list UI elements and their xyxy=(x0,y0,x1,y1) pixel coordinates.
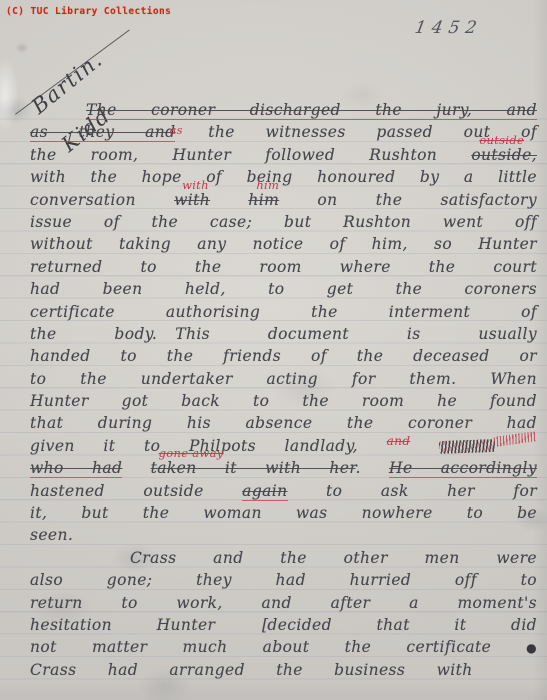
manuscript-line: handed to the friends of the deceased or xyxy=(30,345,537,367)
manuscript-line: issue of the case; but Rushton went off xyxy=(30,211,537,233)
text: also gone; they had hurried off to xyxy=(30,571,537,589)
text: the body. xyxy=(30,325,157,343)
manuscript-page: (C) TUC Library Collections 1452 Bartin.… xyxy=(0,0,547,700)
red-insertion: with xyxy=(182,180,209,192)
struck-text: as they and xyxy=(30,123,175,142)
text: hastened outside xyxy=(30,482,204,500)
correction-group: outsideoutside, xyxy=(471,146,537,164)
manuscript-line: The coroner discharged the jury, and xyxy=(30,99,537,121)
manuscript-line: to the undertaker acting for them. When xyxy=(30,368,537,390)
text: handed to the friends of the deceased or xyxy=(30,347,537,365)
manuscript-line: return to work, and after a moment's xyxy=(30,592,537,614)
manuscript-line: the room, Hunter followed Rushton outsid… xyxy=(30,144,537,166)
correction-group: himhim xyxy=(248,191,279,209)
copyright-watermark: (C) TUC Library Collections xyxy=(6,7,171,17)
struck-text: The coroner discharged the jury, and xyxy=(86,101,537,120)
manuscript-line: also gone; they had hurried off to xyxy=(30,569,537,591)
text: that during his absence the coroner had xyxy=(30,414,537,432)
manuscript-line: it, but the woman was nowhere to be xyxy=(30,502,537,524)
ink-blot: ● xyxy=(496,641,537,655)
manuscript-line: Crass and the other men were xyxy=(30,547,537,569)
struck-text: him xyxy=(248,191,279,209)
struck-text: with xyxy=(174,191,210,209)
text: . xyxy=(355,459,360,477)
text: seen. xyxy=(30,526,73,544)
manuscript-line: who had gone awaytaken it with her. He a… xyxy=(30,457,537,479)
red-insertion: gone away xyxy=(159,448,224,460)
text: on the satisfactory xyxy=(317,191,537,209)
manuscript-line: as they andas the witnesses passed out o… xyxy=(30,121,537,143)
text: the room, Hunter followed Rushton xyxy=(30,146,437,164)
correction-group: gone awaytaken it with her xyxy=(151,459,356,477)
text: issue of the case; but Rushton went off xyxy=(30,213,537,231)
manuscript-line: the body.This document is usually xyxy=(30,323,537,345)
text: Hunter got back to the room he found xyxy=(30,392,537,410)
manuscript-line: Hunter got back to the room he found xyxy=(30,390,537,412)
text: This document is usually xyxy=(175,325,537,343)
text: returned to the room where the court xyxy=(30,258,537,276)
struck-text: who had xyxy=(30,459,122,478)
red-struck-text: and xyxy=(387,434,411,448)
manuscript-line: conversation withwith himhim on the sati… xyxy=(30,189,537,211)
text: it, but the woman was nowhere to be xyxy=(30,504,537,522)
manuscript-line: hesitation Hunter [decided that it did xyxy=(30,614,537,636)
struck-text: He accordingly xyxy=(389,459,537,478)
manuscript-line: returned to the room where the court xyxy=(30,256,537,278)
text: Crass and the other men were xyxy=(130,549,537,567)
struck-text: taken it with her xyxy=(151,459,356,477)
text: Crass had arranged the business with xyxy=(30,661,473,679)
text: conversation xyxy=(30,191,136,209)
struck-text: again xyxy=(242,482,287,501)
manuscript-line: given it to Philpots landlady, and xyxy=(30,435,537,457)
struck-text: outside, xyxy=(471,146,537,164)
manuscript-line: seen. xyxy=(30,524,537,546)
manuscript-line: Crass had arranged the business with xyxy=(30,659,537,681)
text: to ask her for xyxy=(326,482,537,500)
manuscript-line: not matter much about the certificate● xyxy=(30,636,537,658)
text: not matter much about the certificate xyxy=(30,638,491,656)
ink-scribble xyxy=(439,439,495,454)
correction-group: withwith xyxy=(174,191,210,209)
manuscript-line: had been held, to get the coroners xyxy=(30,278,537,300)
text: certificate authorising the interment of xyxy=(30,303,537,321)
page-number: 1452 xyxy=(413,18,484,38)
manuscript-text: The coroner discharged the jury, and as … xyxy=(30,99,537,681)
manuscript-line: certificate authorising the interment of xyxy=(30,301,537,323)
manuscript-line: that during his absence the coroner had xyxy=(30,412,537,434)
text: return to work, and after a moment's xyxy=(30,594,537,612)
red-insertion: outside xyxy=(479,135,524,147)
text: to the undertaker acting for them. When xyxy=(30,370,537,388)
text: decided that it did xyxy=(267,616,537,634)
red-insertion: him xyxy=(256,180,279,192)
text: with the hope of being honoured by a lit… xyxy=(30,168,537,186)
manuscript-line: without taking any notice of him, so Hun… xyxy=(30,233,537,255)
text: hesitation Hunter xyxy=(30,616,215,634)
text: had been held, to get the coroners xyxy=(30,280,537,298)
text: without taking any notice of him, so Hun… xyxy=(30,235,537,253)
manuscript-line: with the hope of being honoured by a lit… xyxy=(30,166,537,188)
manuscript-line: hastened outside again to ask her for xyxy=(30,480,537,502)
red-insertion: as xyxy=(169,125,182,137)
